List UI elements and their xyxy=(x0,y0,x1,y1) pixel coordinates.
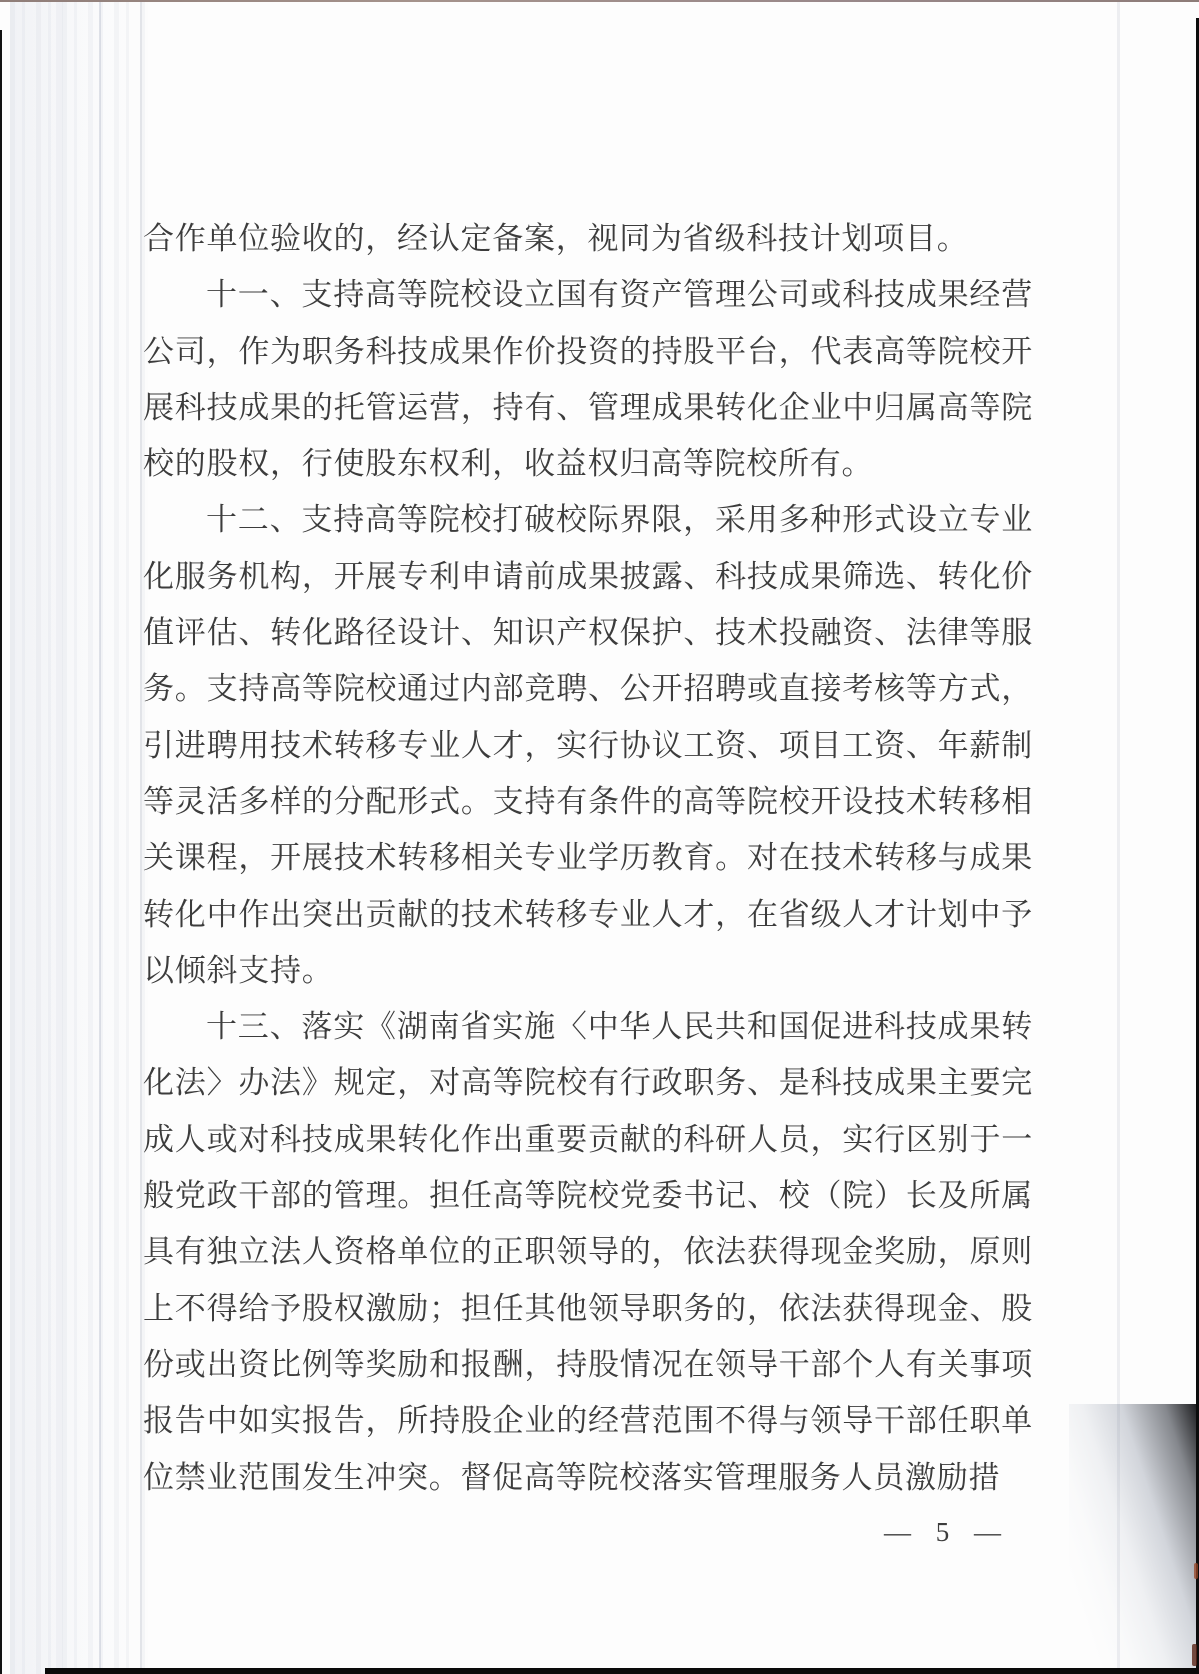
text-line: 化服务机构，开展专利申请前成果披露、科技成果筛选、转化价 xyxy=(143,549,1033,605)
scan-artifact-left-edge xyxy=(0,30,2,1674)
text-line: 般党政干部的管理。担任高等院校党委书记、校（院）长及所属 xyxy=(143,1168,1033,1224)
page-number: — 5 — xyxy=(884,1512,1010,1552)
scan-artifact-bottom-edge xyxy=(45,1668,1199,1674)
scan-artifact-top-edge xyxy=(0,0,1199,2)
scan-artifact-rust-fleck xyxy=(1194,1563,1198,1579)
text-line: 位禁业范围发生冲突。督促高等院校落实管理服务人员激励措 xyxy=(143,1450,1033,1506)
text-line: 关课程，开展技术转移相关专业学历教育。对在技术转移与成果 xyxy=(143,830,1033,886)
text-line: 份或出资比例等奖励和报酬，持股情况在领导干部个人有关事项 xyxy=(143,1337,1033,1393)
scan-artifact-left-noise-band xyxy=(10,0,148,1674)
text-line: 展科技成果的托管运营，持有、管理成果转化企业中归属高等院 xyxy=(143,380,1033,436)
text-line: 等灵活多样的分配形式。支持有条件的高等院校开设技术转移相 xyxy=(143,774,1033,830)
text-line: 十二、支持高等院校打破校际界限，采用多种形式设立专业 xyxy=(143,492,1033,548)
scan-artifact-streak xyxy=(56,0,63,1674)
text-line: 校的股权，行使股东权利，收益权归高等院校所有。 xyxy=(143,436,1033,492)
scan-artifact-streak xyxy=(99,0,101,1674)
scan-artifact-corner-shadow xyxy=(1069,1404,1199,1674)
scan-artifact-streak xyxy=(140,0,142,1674)
scan-artifact-rust-fleck xyxy=(1192,1644,1197,1666)
text-line: 成人或对科技成果转化作出重要贡献的科研人员，实行区别于一 xyxy=(143,1112,1033,1168)
text-line: 合作单位验收的，经认定备案，视同为省级科技计划项目。 xyxy=(143,211,1033,267)
text-line: 十三、落实《湖南省实施〈中华人民共和国促进科技成果转 xyxy=(143,999,1033,1055)
document-body: 合作单位验收的，经认定备案，视同为省级科技计划项目。十一、支持高等院校设立国有资… xyxy=(143,211,1033,1506)
text-line: 引进聘用技术转移专业人才，实行协议工资、项目工资、年薪制 xyxy=(143,718,1033,774)
text-line: 转化中作出突出贡献的技术转移专业人才，在省级人才计划中予 xyxy=(143,887,1033,943)
text-line: 公司，作为职务科技成果作价投资的持股平台，代表高等院校开 xyxy=(143,324,1033,380)
text-line: 化法〉办法》规定，对高等院校有行政职务、是科技成果主要完 xyxy=(143,1055,1033,1111)
text-line: 值评估、转化路径设计、知识产权保护、技术投融资、法律等服 xyxy=(143,605,1033,661)
text-line: 报告中如实报告，所持股企业的经营范围不得与领导干部任职单 xyxy=(143,1393,1033,1449)
document-page: 合作单位验收的，经认定备案，视同为省级科技计划项目。十一、支持高等院校设立国有资… xyxy=(0,0,1199,1674)
text-line: 上不得给予股权激励；担任其他领导职务的，依法获得现金、股 xyxy=(143,1281,1033,1337)
text-line: 具有独立法人资格单位的正职领导的，依法获得现金奖励，原则 xyxy=(143,1224,1033,1280)
text-line: 十一、支持高等院校设立国有资产管理公司或科技成果经营 xyxy=(143,267,1033,323)
text-line: 以倾斜支持。 xyxy=(143,943,1033,999)
text-line: 务。支持高等院校通过内部竞聘、公开招聘或直接考核等方式， xyxy=(143,661,1033,717)
